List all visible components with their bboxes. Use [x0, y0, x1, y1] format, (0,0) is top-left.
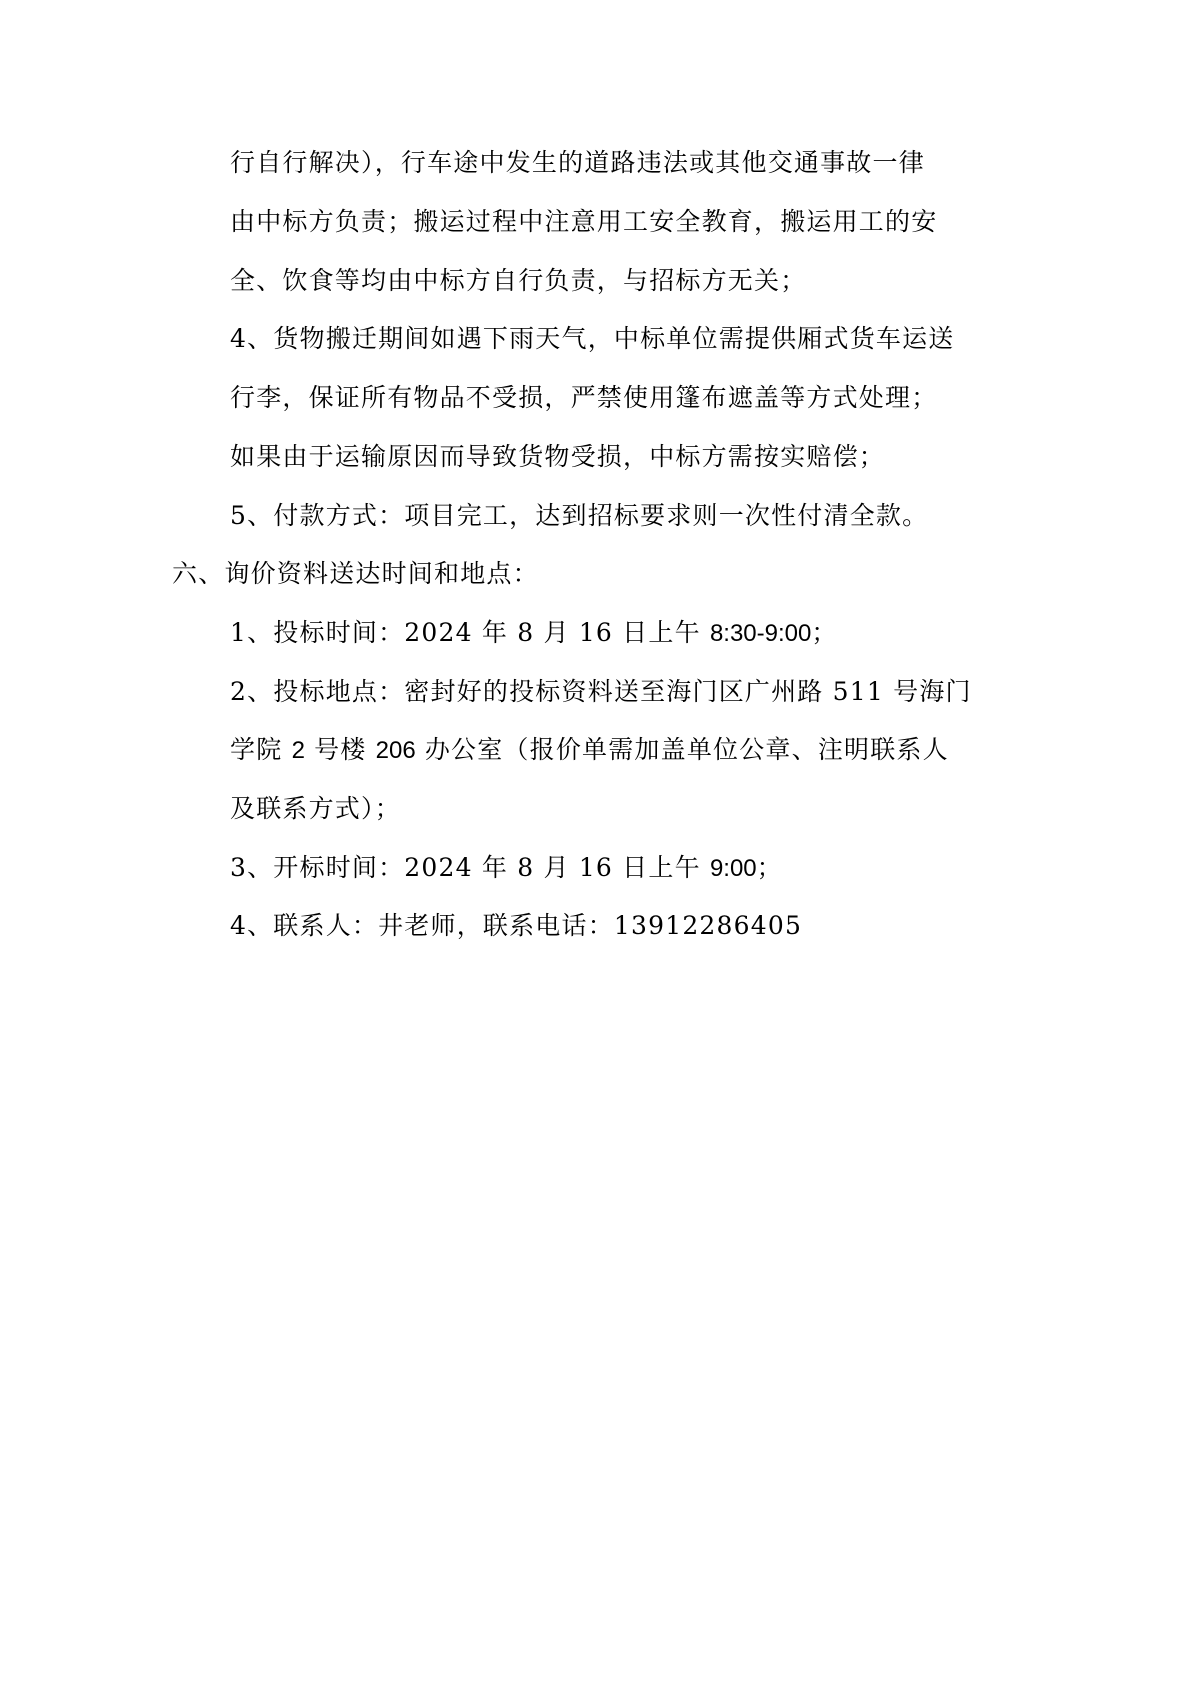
paragraph-line: 行李，保证所有物品不受损，严禁使用篷布遮盖等方式处理； [230, 381, 937, 415]
text-segment: 学院 [230, 735, 292, 764]
bid-location-continued: 学院 2 号楼 206 办公室（报价单需加盖单位公章、注明联系人 [230, 733, 949, 768]
bid-time-value: 8:30-9:00 [710, 620, 811, 647]
opening-time-label: 3、开标时间：2024 年 8 月 16 日上午 [230, 853, 710, 882]
list-item-4: 4、货物搬迁期间如遇下雨天气，中标单位需提供厢式货车运送 [230, 322, 955, 356]
paragraph-line: 由中标方负责；搬运过程中注意用工安全教育，搬运用工的安 [230, 205, 937, 239]
paragraph-line: 行自行解决），行车途中发生的道路违法或其他交通事故一律 [230, 146, 925, 180]
text-segment: 号楼 [305, 735, 376, 764]
bid-time-item: 1、投标时间：2024 年 8 月 16 日上午 8:30-9:00； [230, 616, 838, 651]
section-heading: 六、询价资料送达时间和地点： [172, 557, 539, 591]
contact-item: 4、联系人：井老师，联系电话：13912286405 [230, 909, 802, 943]
building-number: 2 [292, 737, 305, 764]
paragraph-line: 如果由于运输原因而导致货物受损，中标方需按实赔偿； [230, 440, 885, 474]
punctuation: ； [811, 618, 837, 647]
paragraph-line: 全、饮食等均由中标方自行负责，与招标方无关； [230, 264, 806, 298]
bid-location-item: 2、投标地点：密封好的投标资料送至海门区广州路 511 号海门 [230, 675, 972, 709]
list-item-5: 5、付款方式：项目完工，达到招标要求则一次性付清全款。 [230, 499, 928, 533]
text-segment: 办公室（报价单需加盖单位公章、注明联系人 [416, 735, 949, 764]
bid-location-continued: 及联系方式）； [230, 792, 401, 826]
opening-time-item: 3、开标时间：2024 年 8 月 16 日上午 9:00； [230, 851, 783, 886]
opening-time-value: 9:00 [710, 855, 757, 882]
room-number: 206 [376, 737, 416, 764]
document-page: 行自行解决），行车途中发生的道路违法或其他交通事故一律 由中标方负责；搬运过程中… [0, 0, 1191, 1684]
bid-time-label: 1、投标时间：2024 年 8 月 16 日上午 [230, 618, 710, 647]
punctuation: ； [757, 853, 783, 882]
